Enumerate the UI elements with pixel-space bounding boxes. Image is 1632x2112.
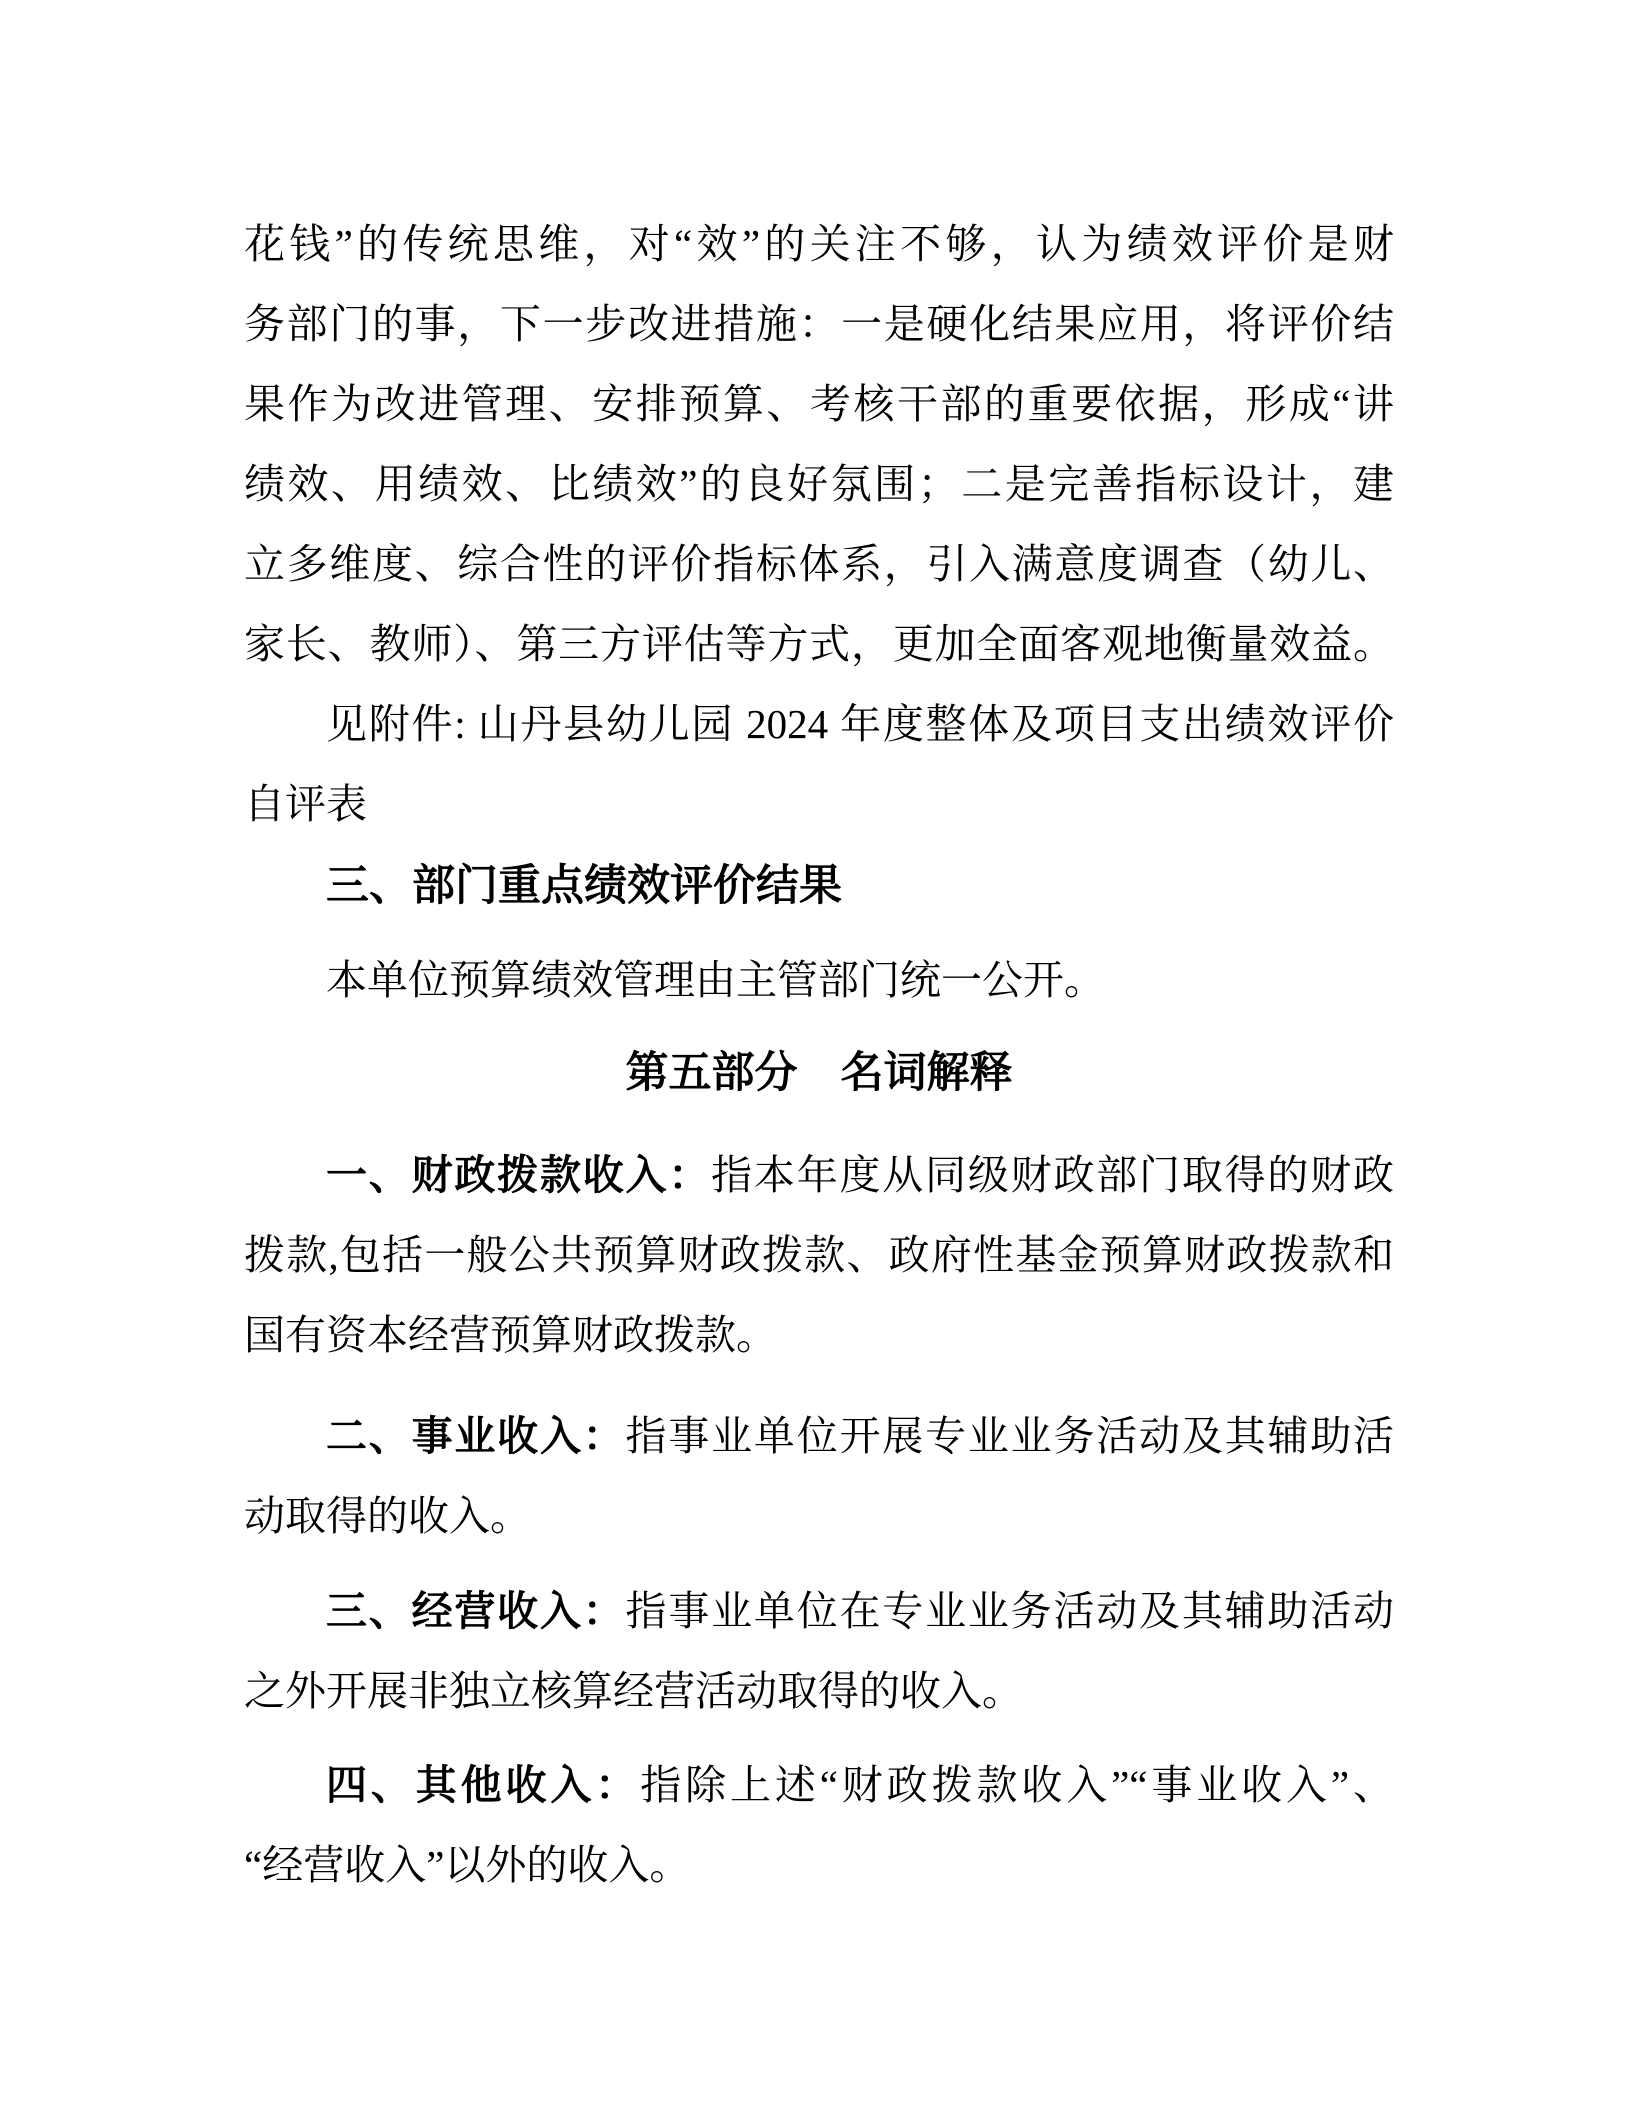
definition-1-fiscal-appropriation-income: 一、财政拨款收入：指本年度从同级财政部门取得的财政拨款,包括一般公共预算财政拨款… xyxy=(244,1135,1394,1375)
definition-4-other-income: 四、其他收入：指除上述“财政拨款收入”“事业收入”、“经营收入”以外的收入。 xyxy=(244,1745,1394,1905)
text-line: 立多维度、综合性的评价指标体系，引入满意度调查（幼儿、 xyxy=(244,524,1394,604)
body-text: 果作为改进管理、安排预算、考核干部的重要依据，形成“讲 xyxy=(244,381,1394,427)
text-line: 一、财政拨款收入：指本年度从同级财政部门取得的财政 xyxy=(244,1135,1394,1215)
text-line: 国有资本经营预算财政拨款。 xyxy=(244,1295,1394,1375)
text-line: 拨款,包括一般公共预算财政拨款、政府性基金预算财政拨款和 xyxy=(244,1215,1394,1295)
bold-lead-text: 一、财政拨款收入： xyxy=(326,1152,711,1198)
paragraph-disclosure-statement: 本单位预算绩效管理由主管部门统一公开。 xyxy=(244,940,1394,1020)
text-line: 动取得的收入。 xyxy=(244,1476,1394,1556)
text-line: 家长、教师）、第三方评估等方式，更加全面客观地衡量效益。 xyxy=(244,604,1394,684)
body-text: 指事业单位在专业业务活动及其辅助活动 xyxy=(626,1588,1394,1634)
heading-part-5-glossary: 第五部分 名词解释 xyxy=(244,1034,1394,1114)
definition-2-institutional-income: 二、事业收入：指事业单位开展专业业务活动及其辅助活动取得的收入。 xyxy=(244,1396,1394,1556)
body-text: 之外开展非独立核算经营活动取得的收入。 xyxy=(244,1668,1023,1714)
bold-lead-text: 第五部分 名词解释 xyxy=(626,1050,1013,1097)
body-text: 见附件: 山丹县幼儿园 2024 年度整体及项目支出绩效评价 xyxy=(326,701,1394,747)
paragraph-performance-analysis-continuation: 花钱”的传统思维，对“效”的关注不够，认为绩效评价是财务部门的事，下一步改进措施… xyxy=(244,204,1394,684)
text-line: 第五部分 名词解释 xyxy=(244,1034,1394,1114)
body-text: 指除上述“财政拨款收入”“事业收入”、 xyxy=(640,1762,1394,1808)
body-text: 国有资本经营预算财政拨款。 xyxy=(244,1312,777,1358)
text-line: 本单位预算绩效管理由主管部门统一公开。 xyxy=(244,940,1394,1020)
text-line: 花钱”的传统思维，对“效”的关注不够，认为绩效评价是财 xyxy=(244,204,1394,284)
body-text: 拨款,包括一般公共预算财政拨款、政府性基金预算财政拨款和 xyxy=(244,1232,1394,1278)
text-line: 务部门的事，下一步改进措施：一是硬化结果应用，将评价结 xyxy=(244,284,1394,364)
bold-lead-text: 二、事业收入： xyxy=(326,1413,626,1459)
text-line: 自评表 xyxy=(244,764,1394,844)
text-line: 之外开展非独立核算经营活动取得的收入。 xyxy=(244,1651,1394,1731)
body-text: 绩效、用绩效、比绩效”的良好氛围；二是完善指标设计，建 xyxy=(244,461,1394,507)
heading-section-3-key-performance-evaluation-results: 三、部门重点绩效评价结果 xyxy=(244,846,1394,926)
text-line: “经营收入”以外的收入。 xyxy=(244,1825,1394,1905)
bold-lead-text: 三、部门重点绩效评价结果 xyxy=(326,862,842,910)
bold-lead-text: 三、经营收入： xyxy=(326,1588,626,1634)
body-text: 自评表 xyxy=(244,781,367,827)
body-text: 动取得的收入。 xyxy=(244,1493,531,1539)
body-text: “经营收入”以外的收入。 xyxy=(244,1842,690,1888)
document-page: 花钱”的传统思维，对“效”的关注不够，认为绩效评价是财务部门的事，下一步改进措施… xyxy=(0,0,1632,2112)
text-line: 三、经营收入：指事业单位在专业业务活动及其辅助活动 xyxy=(244,1571,1394,1651)
body-text: 务部门的事，下一步改进措施：一是硬化结果应用，将评价结 xyxy=(244,301,1394,347)
text-line: 果作为改进管理、安排预算、考核干部的重要依据，形成“讲 xyxy=(244,364,1394,444)
text-line: 见附件: 山丹县幼儿园 2024 年度整体及项目支出绩效评价 xyxy=(244,684,1394,764)
text-line: 三、部门重点绩效评价结果 xyxy=(244,846,1394,926)
body-text: 花钱”的传统思维，对“效”的关注不够，认为绩效评价是财 xyxy=(244,221,1394,267)
body-text: 指本年度从同级财政部门取得的财政 xyxy=(711,1152,1394,1198)
body-text: 立多维度、综合性的评价指标体系，引入满意度调查（幼儿、 xyxy=(244,541,1394,587)
text-line: 绩效、用绩效、比绩效”的良好氛围；二是完善指标设计，建 xyxy=(244,444,1394,524)
bold-lead-text: 四、其他收入： xyxy=(326,1762,640,1808)
paragraph-attachment-note: 见附件: 山丹县幼儿园 2024 年度整体及项目支出绩效评价自评表 xyxy=(244,684,1394,844)
definition-3-business-operation-income: 三、经营收入：指事业单位在专业业务活动及其辅助活动之外开展非独立核算经营活动取得… xyxy=(244,1571,1394,1731)
body-text: 指事业单位开展专业业务活动及其辅助活 xyxy=(626,1413,1394,1459)
text-line: 四、其他收入：指除上述“财政拨款收入”“事业收入”、 xyxy=(244,1745,1394,1825)
body-text: 本单位预算绩效管理由主管部门统一公开。 xyxy=(326,957,1105,1003)
text-line: 二、事业收入：指事业单位开展专业业务活动及其辅助活 xyxy=(244,1396,1394,1476)
body-text: 家长、教师）、第三方评估等方式，更加全面客观地衡量效益。 xyxy=(244,621,1394,667)
